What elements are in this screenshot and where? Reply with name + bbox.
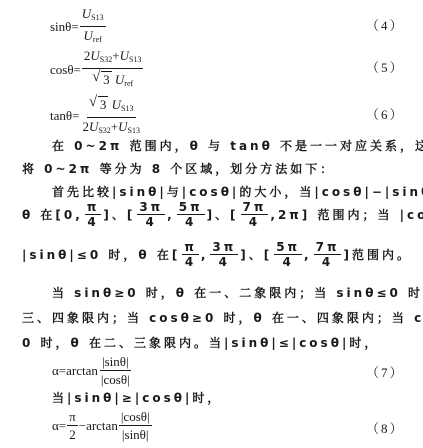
equation-5: cosθ= 2US32+US13 3 Uref	[50, 48, 144, 91]
eq5-sqrt: 3	[92, 72, 112, 87]
eq8-lhs: α=	[52, 418, 66, 434]
eq6-fraction: 3 US13 2US32+US13	[80, 94, 142, 138]
frac-den: 4	[217, 255, 232, 269]
paragraph-3-line-2: 三、四象限内；当 cosθ≥0 时，θ 在一、四象限内；当 cosθ≤	[22, 309, 423, 326]
fraction-3pi-4: 3π4	[210, 240, 238, 269]
eq5-num-var1: U	[90, 48, 99, 63]
eq6-num-var: U	[112, 97, 121, 112]
eq6-den-sub1: S32	[98, 126, 110, 135]
eq4-num-sub: S13	[91, 13, 103, 22]
p2l3-text-b: ,	[201, 248, 209, 262]
eq8-pi-over-2: π 2	[67, 409, 78, 442]
frac-num: 7π	[314, 240, 342, 255]
equation-7-label: （7）	[366, 362, 405, 381]
frac-den: 4	[183, 215, 198, 229]
fraction-pi-4: π4	[182, 240, 199, 269]
fraction-5pi-4: 5π4	[274, 240, 302, 269]
eq5-sqrt-radicand: 3	[101, 71, 112, 87]
eq4-num-var: U	[82, 6, 91, 21]
eq6-num-sub: S13	[121, 104, 133, 113]
eq8-fraction: |cosθ| |sinθ|	[119, 409, 152, 442]
eq4-den-var: U	[84, 28, 93, 43]
p2l2-text-c: ,	[167, 208, 175, 222]
eq8-num: |cosθ|	[119, 409, 152, 426]
paragraph-1-line-2: 将 0~2π 等分为 8 个区域，划分方法如下：	[22, 160, 335, 177]
frac-num: π	[182, 240, 199, 255]
paragraph-2-line-3: |sinθ|≤0 时，θ 在[ π4 , 3π4 ]、[ 5π4 , 7π4 ]…	[22, 240, 412, 269]
eq5-lhs: cosθ=	[50, 62, 81, 78]
paragraph-1-line-1: 在 0~2π 范围内，θ 与 tanθ 不是一一对应关系，这里	[52, 137, 423, 154]
equation-4: sinθ= US13 Uref	[50, 6, 107, 47]
equation-7: α=arctan |sinθ| |cosθ|	[52, 354, 133, 387]
eq6-lhs: tanθ=	[50, 108, 79, 124]
eq6-den-var1: U	[89, 119, 98, 134]
frac-den: 4	[144, 215, 159, 229]
paragraph-4-line-1: 当|sinθ|≥|cosθ|时，	[52, 389, 222, 406]
eq8-pi-den: 2	[67, 426, 78, 442]
eq4-lhs: sinθ=	[50, 19, 79, 35]
p2l3-text-d: ,	[304, 248, 312, 262]
fraction-7pi-4: 7π4	[314, 240, 342, 269]
fraction-5pi-4: 5π4	[177, 200, 205, 229]
frac-num: 3π	[210, 240, 238, 255]
p2l2-text-b: ]、[	[103, 206, 135, 223]
frac-num: 7π	[241, 200, 269, 215]
p2l3-text-e: ]范围内。	[343, 246, 412, 263]
equation-5-label: （5）	[366, 57, 405, 76]
frac-num: π	[85, 200, 102, 215]
equation-8-label: （8）	[366, 418, 405, 437]
eq7-num: |sinθ|	[100, 354, 131, 371]
frac-den: 4	[85, 215, 100, 229]
p2l2-text-e: ,2π] 范围内；当 |cosθ|−	[270, 206, 423, 223]
eq4-den-sub: ref	[93, 35, 102, 44]
eq7-fraction: |sinθ| |cosθ|	[99, 354, 132, 387]
eq6-sqrt-radicand: 3	[98, 96, 109, 112]
equation-6-label: （6）	[366, 104, 405, 123]
eq5-num-sub1: S32	[100, 55, 112, 64]
eq8-pi-num: π	[67, 409, 78, 426]
fraction-pi-4: π4	[85, 200, 102, 229]
eq5-den-var: U	[115, 72, 124, 87]
equation-8: α= π 2 −arctan |cosθ| |sinθ|	[52, 409, 153, 442]
eq8-minus-arctan: −arctan	[79, 418, 118, 434]
p2l2-text-a: θ 在[0,	[22, 206, 83, 223]
eq7-den: |cosθ|	[99, 371, 132, 387]
frac-den: 4	[320, 255, 335, 269]
eq6-den-sub2: S13	[128, 126, 140, 135]
paragraph-2-line-1: 首先比较|sinθ|与|cosθ|的大小，当|cosθ|−|sinθ|≥0 时，	[52, 183, 423, 200]
frac-den: 4	[280, 255, 295, 269]
eq8-den: |sinθ|	[120, 426, 151, 442]
eq7-lhs: α=arctan	[52, 363, 98, 379]
eq5-plus: +	[112, 48, 119, 63]
eq6-sqrt: 3	[89, 97, 109, 112]
frac-den: 4	[247, 215, 262, 229]
eq5-fraction: 2US32+US13 3 Uref	[82, 48, 144, 91]
paragraph-2-line-2: θ 在[0, π4 ]、[ 3π4 , 5π4 ]、[ 7π4 ,2π] 范围内…	[22, 200, 423, 229]
frac-num: 5π	[177, 200, 205, 215]
p2l2-text-d: ]、[	[207, 206, 239, 223]
fraction-7pi-4: 7π4	[241, 200, 269, 229]
equation-6: tanθ= 3 US13 2US32+US13	[50, 94, 143, 138]
eq4-fraction: US13 Uref	[80, 6, 106, 47]
paragraph-3-line-1: 当 sinθ≥0 时，θ 在一、二象限内；当 sinθ≤0 时，θ 在	[52, 284, 423, 301]
paragraph-3-line-3: 0 时，θ 在二、三象限内。当|sinθ|≤|cosθ|时，	[22, 334, 379, 351]
fraction-3pi-4: 3π4	[137, 200, 165, 229]
equation-4-label: （4）	[366, 15, 405, 34]
eq6-den-var2: U	[118, 119, 127, 134]
p2l3-text-c: ]、[	[240, 246, 272, 263]
frac-num: 3π	[137, 200, 165, 215]
frac-den: 4	[183, 255, 198, 269]
eq5-den-sub: ref	[124, 79, 133, 88]
p2l3-text-a: |sinθ|≤0 时，θ 在[	[22, 246, 180, 263]
eq5-num-sub2: S13	[129, 55, 141, 64]
eq5-num-var2: U	[120, 48, 129, 63]
frac-num: 5π	[274, 240, 302, 255]
